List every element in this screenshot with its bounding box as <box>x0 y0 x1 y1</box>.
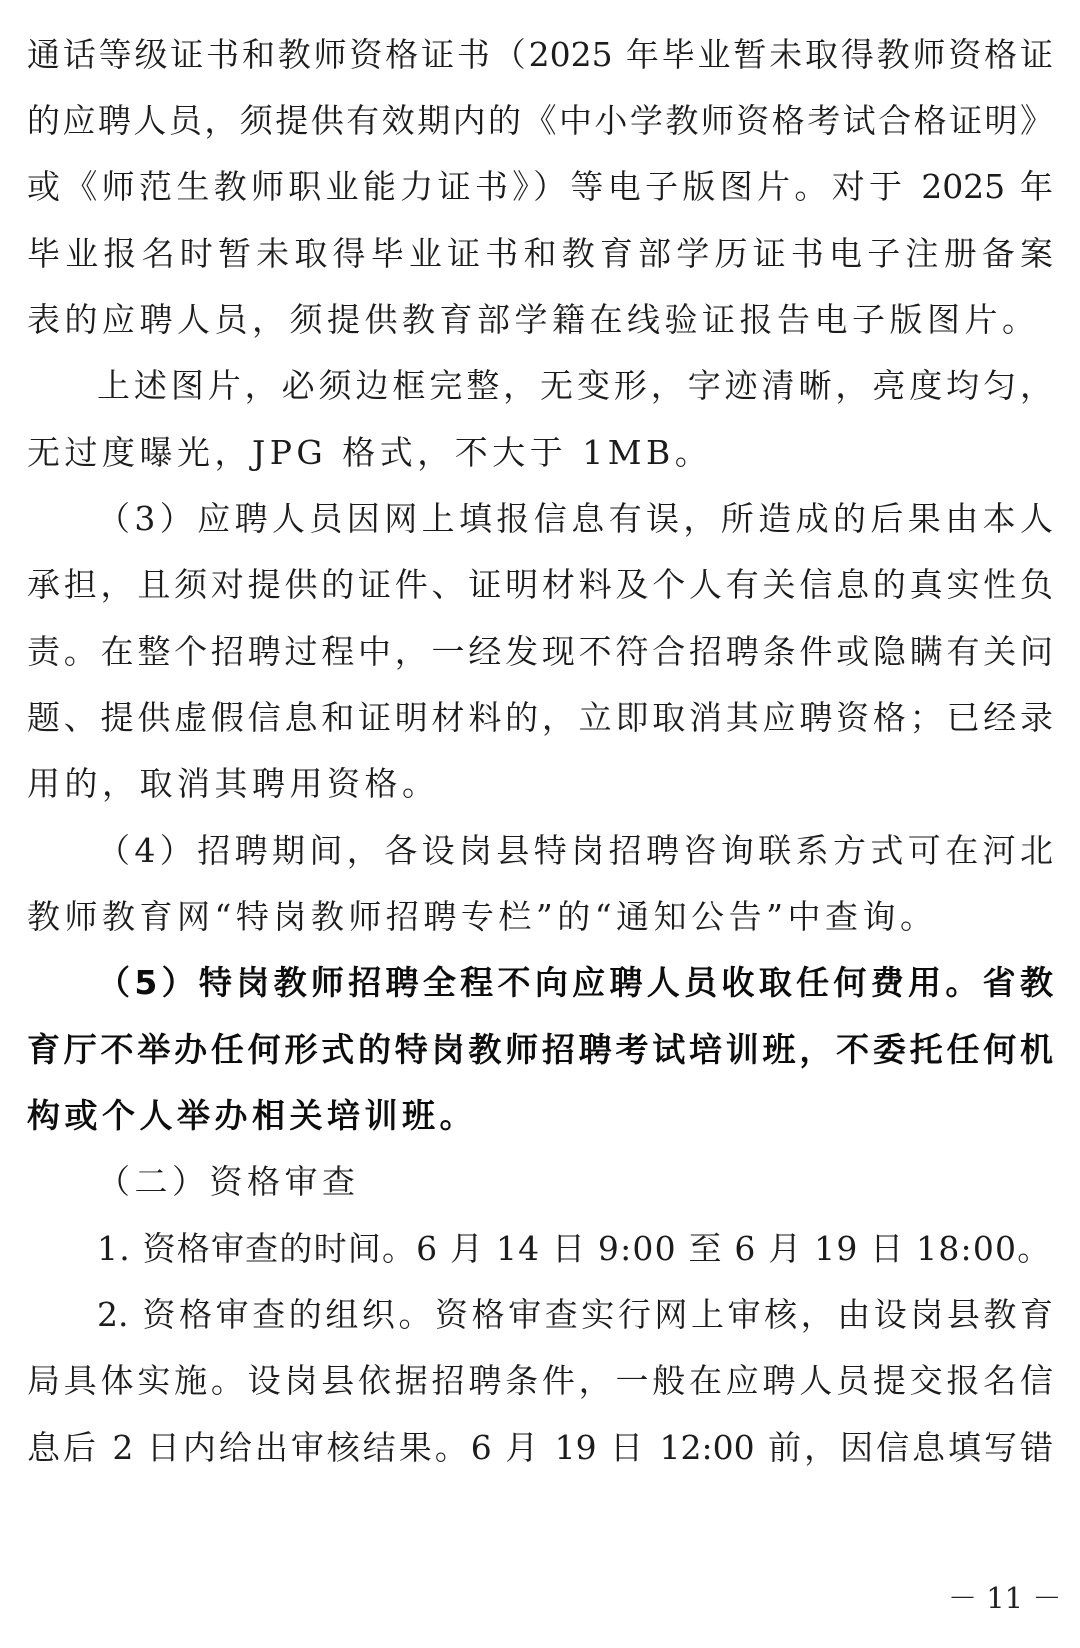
text-line-14: 教师教育网“特岗教师招聘专栏”的“通知公告”中查询。 <box>27 892 1053 942</box>
text-line-9: 承担，且须对提供的证件、证明材料及个人有关信息的真实性负 <box>27 560 1053 610</box>
text-line-16-bold: 育厅不举办任何形式的特岗教师招聘考试培训班，不委托任何机 <box>27 1025 1053 1075</box>
text-line-5: 表的应聘人员，须提供教育部学籍在线验证报告电子版图片。 <box>27 295 1053 345</box>
text-line-3: 或《师范生教师职业能力证书》）等电子版图片。对于 2025 年 <box>27 162 1053 212</box>
text-line-10: 责。在整个招聘过程中，一经发现不符合招聘条件或隐瞒有关问 <box>27 627 1053 677</box>
text-line-7: 无过度曝光，JPG 格式，不大于 1MB。 <box>27 428 1053 478</box>
text-line-2: 的应聘人员，须提供有效期内的《中小学教师资格考试合格证明》 <box>27 96 1053 146</box>
text-line-4: 毕业报名时暂未取得毕业证书和教育部学历证书电子注册备案 <box>27 229 1053 279</box>
item-3-heading: （3）应聘人员因网上填报信息有误，所造成的后果由本人 <box>97 494 1053 544</box>
text-line-17-bold: 构或个人举办相关培训班。 <box>27 1091 1053 1141</box>
text-line-11: 题、提供虚假信息和证明材料的，立即取消其应聘资格；已经录 <box>27 693 1053 743</box>
text-line-1: 通话等级证书和教师资格证书（2025 年毕业暂未取得教师资格证 <box>27 30 1053 80</box>
item-5-bold-notice: （5）特岗教师招聘全程不向应聘人员收取任何费用。省教 <box>97 958 1053 1008</box>
review-organization-item: 2. 资格审查的组织。资格审查实行网上审核，由设岗县教育 <box>97 1290 1053 1340</box>
review-time-item: 1. 资格审查的时间。6 月 14 日 9:00 至 6 月 19 日 18:0… <box>97 1224 1053 1274</box>
text-line-22: 息后 2 日内给出审核结果。6 月 19 日 12:00 前，因信息填写错 <box>27 1423 1053 1473</box>
document-page: 通话等级证书和教师资格证书（2025 年毕业暂未取得教师资格证 的应聘人员，须提… <box>0 0 1080 1648</box>
section-heading-qualification-review: （二）资格审查 <box>97 1157 1053 1207</box>
item-4-heading: （4）招聘期间，各设岗县特岗招聘咨询联系方式可在河北 <box>97 826 1053 876</box>
page-number: － 11 － <box>948 1578 1058 1618</box>
text-line-12: 用的，取消其聘用资格。 <box>27 759 1053 809</box>
paragraph-image-requirements: 上述图片，必须边框完整，无变形，字迹清晰，亮度均匀， <box>97 361 1053 411</box>
text-line-21: 局具体实施。设岗县依据招聘条件，一般在应聘人员提交报名信 <box>27 1356 1053 1406</box>
